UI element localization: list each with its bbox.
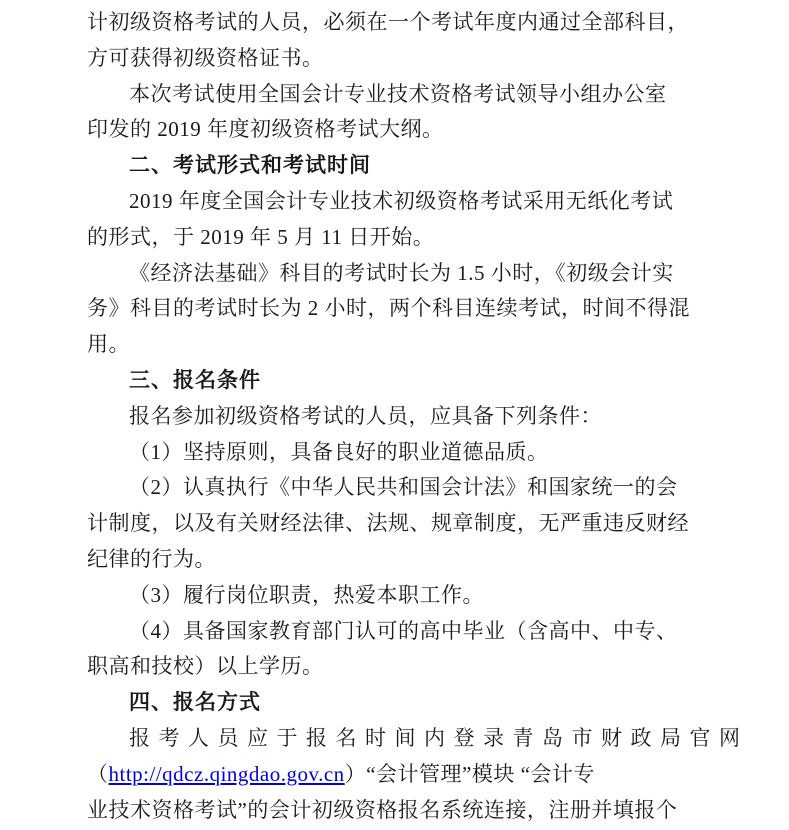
text-line: 计初级资格考试的人员，必须在一个考试年度内通过全部科目， <box>87 5 709 41</box>
section-heading-3: 三、报名条件 <box>87 363 709 399</box>
text-line: 职高和技校）以上学历。 <box>87 649 709 685</box>
registration-website-link[interactable]: http://qdcz.qingdao.gov.cn <box>109 762 345 786</box>
section-heading-2: 二、考试形式和考试时间 <box>87 148 709 184</box>
url-prefix: （ <box>87 762 109 786</box>
text-line: 报名参加初级资格考试的人员，应具备下列条件： <box>87 399 709 435</box>
text-line: 计制度，以及有关财经法律、法规、规章制度，无严重违反财经 <box>87 506 709 542</box>
text-line: 方可获得初级资格证书。 <box>87 41 709 77</box>
text-line: 报考人员应于报名时间内登录青岛市财政局官网 <box>87 721 709 757</box>
text-line: 务》科目的考试时长为 2 小时，两个科目连续考试，时间不得混 <box>87 291 709 327</box>
section-heading-4: 四、报名方式 <box>87 685 709 721</box>
text-line: （1）坚持原则，具备良好的职业道德品质。 <box>87 435 709 471</box>
text-line: 业技术资格考试”的会计初级资格报名系统连接，注册并填报个 <box>87 793 709 829</box>
text-line: （2）认真执行《中华人民共和国会计法》和国家统一的会 <box>87 470 709 506</box>
document-page: 计初级资格考试的人员，必须在一个考试年度内通过全部科目， 方可获得初级资格证书。… <box>0 0 789 830</box>
text-line: 用。 <box>87 327 709 363</box>
text-line: 2019 年度全国会计专业技术初级资格考试采用无纸化考试 <box>87 184 709 220</box>
text-line: 的形式，于 2019 年 5 月 11 日开始。 <box>87 220 709 256</box>
text-line-with-url: （http://qdcz.qingdao.gov.cn）“会计管理”模块 “会计… <box>87 757 709 793</box>
url-suffix: ）“会计管理”模块 “会计专 <box>345 762 595 786</box>
text-line: 纪律的行为。 <box>87 542 709 578</box>
text-line: （4）具备国家教育部门认可的高中毕业（含高中、中专、 <box>87 614 709 650</box>
text-line: 印发的 2019 年度初级资格考试大纲。 <box>87 112 709 148</box>
text-line: 本次考试使用全国会计专业技术资格考试领导小组办公室 <box>87 77 709 113</box>
text-line: （3）履行岗位职责，热爱本职工作。 <box>87 578 709 614</box>
text-line: 《经济法基础》科目的考试时长为 1.5 小时，《初级会计实 <box>87 256 709 292</box>
